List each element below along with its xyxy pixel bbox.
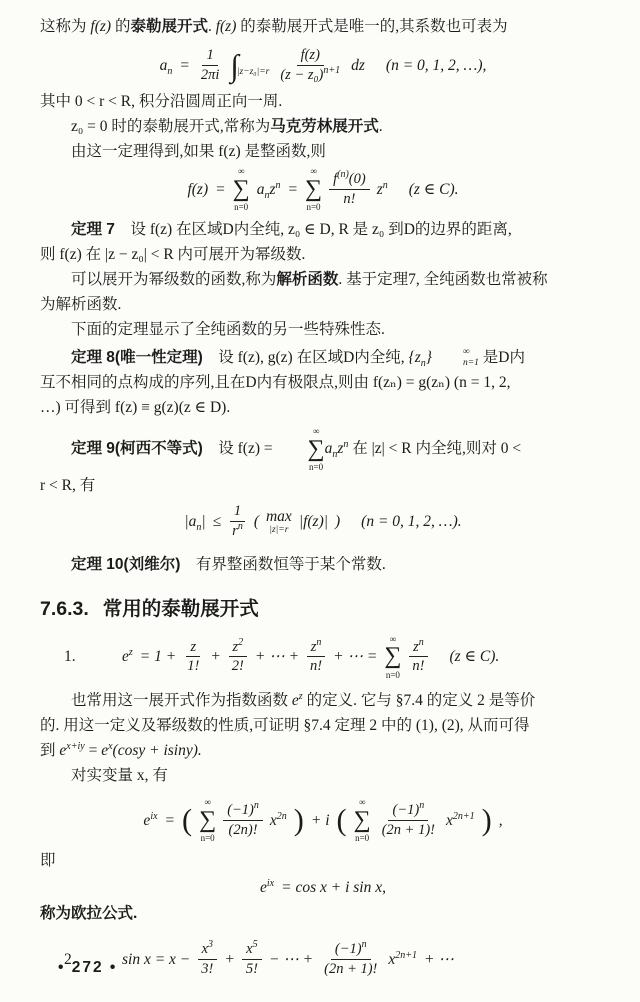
math-sup: n bbox=[238, 521, 243, 532]
fraction-cos-term: (−1)n(2n)! bbox=[223, 801, 263, 840]
fraction-x5: x55! bbox=[242, 940, 262, 979]
para-exp-definition-line1: 也常用这一展开式作为指数函数 ez 的定义. 它与 §7.4 的定义 2 是等价 bbox=[40, 688, 606, 713]
math-sup: ix bbox=[267, 878, 274, 889]
math-sup: n bbox=[383, 180, 388, 191]
math-head-sinx: sin x = x − bbox=[122, 947, 190, 972]
fraction-derivative: f(n)(0)n! bbox=[329, 170, 370, 209]
theorem-9-line1: 定理 9(柯西不等式) 设 f(z) = ∞∑n=0anzn 在 |z| < R… bbox=[40, 426, 606, 473]
bold-term-maclaurin: 马克劳林展开式 bbox=[270, 118, 379, 135]
plus-ellipsis: + ⋯ bbox=[424, 947, 454, 972]
numerator: x3 bbox=[198, 940, 217, 960]
sigma-glyph: ∑ bbox=[354, 808, 371, 833]
sigma-upper-limit: ∞ bbox=[282, 426, 319, 437]
denominator: 3! bbox=[197, 960, 217, 979]
numerator: f(z) bbox=[297, 46, 324, 66]
math-term-anzn: anzn bbox=[257, 177, 281, 202]
para-that-is: 即 bbox=[40, 848, 606, 873]
section-number: 7.6.3. bbox=[40, 598, 89, 620]
math-fz: f(z) bbox=[187, 177, 208, 202]
equation-maclaurin-series: f(z) = ∞∑n=0 anzn = ∞∑n=0 f(n)(0)n! zn (… bbox=[40, 166, 606, 213]
math-sup: n bbox=[362, 939, 367, 950]
sigma-sum: ∞∑n=0 bbox=[354, 797, 371, 844]
ellipsis: − ⋯ + bbox=[269, 947, 313, 972]
fraction-general-term: (−1)n(2n + 1)! bbox=[320, 940, 381, 979]
fraction-zn: znn! bbox=[408, 638, 428, 677]
math-sup: 2n bbox=[277, 811, 287, 822]
text-run: . bbox=[208, 18, 216, 35]
numerator: 1 bbox=[202, 46, 217, 66]
sigma-lower-limit: n=0 bbox=[386, 670, 400, 681]
sigma-lower-limit: n=0 bbox=[355, 833, 369, 844]
math-base: |a bbox=[184, 513, 196, 530]
para-taylor-unique: 这称为 f(z) 的泰勒展开式. f(z) 的泰勒展开式是唯一的,其系数也可表为 bbox=[40, 14, 606, 39]
equation-condition: (n = 0, 1, 2, …). bbox=[361, 509, 461, 534]
denominator: (2n + 1)! bbox=[378, 821, 439, 840]
paren-open: ( bbox=[182, 805, 192, 835]
text-run: 设 f(z) 在区域D内全纯, z₀ ∈ D, R 是 z₀ 到D的边界的距离, bbox=[115, 221, 512, 238]
numerator: x5 bbox=[242, 940, 261, 960]
text-run: 设 f(z) = bbox=[203, 440, 277, 457]
equation-euler-formula: eix = cos x + i sin x, bbox=[40, 874, 606, 900]
text-run: z₀ = 0 时的泰勒展开式,常称为 bbox=[71, 118, 270, 135]
math-sup: 2n+1 bbox=[395, 950, 417, 961]
theorem-9-line2: r < R, 有 bbox=[40, 473, 606, 498]
paren-open: ( bbox=[337, 805, 347, 835]
fraction-sin-term: (−1)n(2n + 1)! bbox=[378, 801, 439, 840]
math-sup: 2n+1 bbox=[453, 811, 475, 822]
math-dz: dz bbox=[351, 53, 365, 78]
math-var: x bbox=[270, 812, 277, 829]
text-run: 的泰勒展开式是唯一的,其系数也可表为 bbox=[236, 18, 507, 35]
denominator: 2! bbox=[228, 657, 248, 676]
section-title: 常用的泰勒展开式 bbox=[103, 598, 259, 620]
max-label: max bbox=[266, 508, 292, 525]
leq-sign: ≤ bbox=[213, 509, 222, 534]
math-base: (−1) bbox=[227, 802, 254, 818]
sigma-lower-limit: n=0 bbox=[234, 202, 248, 213]
text-run: 可以展开为幂级数的函数,称为 bbox=[71, 271, 276, 288]
sequence-lower: n=1 bbox=[432, 358, 479, 369]
equation-body: sin x = x − x33! + x55! − ⋯ + (−1)n(2n +… bbox=[122, 940, 606, 979]
sigma-glyph: ∑ bbox=[199, 808, 216, 833]
text-run: 这称为 bbox=[40, 18, 90, 35]
text-run: . bbox=[379, 118, 383, 135]
para-radius-note: 其中 0 < r < R, 积分沿圆周正向一周. bbox=[40, 89, 606, 114]
math-base: (−1) bbox=[335, 941, 362, 957]
math-term-x2n1: x2n+1 bbox=[388, 947, 417, 972]
math-sup: ix bbox=[150, 811, 157, 822]
text-run: 称为 bbox=[40, 905, 71, 922]
para-exp-definition-line3: 到 ex+iy = ex(cosy + isiny). bbox=[40, 738, 606, 763]
math-base: | bbox=[201, 513, 205, 530]
math-term-ez: ez bbox=[122, 644, 133, 669]
equation-cauchy-inequality: |an| ≤ 1rn ( max|z|=r |f(z)| ) (n = 0, 1… bbox=[40, 502, 606, 542]
math-rhs: = cos x + i sin x, bbox=[281, 875, 386, 900]
section-heading: 7.6.3.常用的泰勒展开式 bbox=[40, 597, 606, 622]
sequence-upper: ∞ bbox=[432, 347, 470, 358]
text-run: 也常用这一展开式作为指数函数 bbox=[71, 692, 292, 709]
paren-open: ( bbox=[254, 509, 259, 534]
ellipsis-equals: + ⋯ = bbox=[333, 644, 377, 669]
math-arg: |f(z)| bbox=[299, 509, 328, 534]
paren-close: ) bbox=[294, 805, 304, 835]
plus-sign: + bbox=[210, 644, 220, 669]
equation-number: 1. bbox=[40, 644, 122, 669]
para-maclaurin: z₀ = 0 时的泰勒展开式,常称为马克劳林展开式. bbox=[40, 114, 606, 139]
math-fz: f(z) bbox=[90, 18, 111, 35]
numerator: z2 bbox=[229, 638, 248, 658]
denominator: n! bbox=[408, 657, 428, 676]
math-term-ez: ez bbox=[292, 692, 303, 709]
math-sup: n bbox=[419, 637, 424, 648]
text-run: . 基于定理7, 全纯函数也常被称 bbox=[338, 271, 547, 288]
comma: , bbox=[499, 808, 503, 833]
equation-condition: (z ∈ C). bbox=[450, 644, 500, 669]
math-sequence: {zn} bbox=[409, 349, 432, 366]
math-sup: z bbox=[129, 647, 133, 658]
math-sup: 2 bbox=[238, 637, 243, 648]
math-term-abs-an: |an| bbox=[184, 509, 205, 534]
sigma-sum: ∞∑n=0 bbox=[199, 797, 216, 844]
max-operator: max|z|=r bbox=[266, 508, 292, 535]
theorem-label: 定理 10(刘维尔) bbox=[71, 556, 180, 573]
math-term-x2n1: x2n+1 bbox=[446, 808, 475, 833]
math-sup: 5 bbox=[253, 939, 258, 950]
math-term-x2n: x2n bbox=[270, 808, 287, 833]
bold-term-analytic: 解析函数 bbox=[276, 271, 338, 288]
fraction-x3: x33! bbox=[197, 940, 217, 979]
integral: ∫|z−z₀|=r bbox=[230, 50, 269, 81]
text-run: 设 f(z), g(z) 在区域D内全纯, bbox=[203, 349, 409, 366]
denominator: 5! bbox=[242, 960, 262, 979]
equals-one-plus: = 1 + bbox=[140, 644, 176, 669]
numerator: f(n)(0) bbox=[329, 170, 370, 190]
math-sup: n bbox=[254, 800, 259, 811]
paren-close: ) bbox=[335, 509, 340, 534]
math-sup: n bbox=[276, 180, 281, 191]
theorem-7-line2: 则 f(z) 在 |z − z₀| < R 内可展开为幂级数. bbox=[40, 242, 606, 267]
math-fz: f(z) bbox=[216, 18, 237, 35]
fraction-zn: znn! bbox=[306, 638, 326, 677]
theorem-label: 定理 8(唯一性定理) bbox=[71, 349, 203, 366]
sigma-sum: ∞∑n=0 bbox=[305, 166, 322, 213]
math-var: e bbox=[260, 879, 267, 896]
denominator: (z − z₀)n+1 bbox=[276, 66, 344, 85]
text-run: 是D内 bbox=[479, 349, 525, 366]
math-sup: n bbox=[419, 800, 424, 811]
math-term-zn: zn bbox=[377, 177, 388, 202]
equation-exp-series: 1. ez = 1 + z1! + z22! + ⋯ + znn! + ⋯ = … bbox=[40, 634, 606, 681]
fraction-rn: 1rn bbox=[228, 502, 247, 541]
equation-condition: (n = 0, 1, 2, …), bbox=[386, 53, 486, 78]
math-var: e bbox=[122, 648, 129, 665]
math-var: x bbox=[446, 812, 453, 829]
math-term-eix: eix bbox=[143, 808, 157, 833]
sequence-limits: ∞n=1 bbox=[432, 347, 479, 369]
page-number: • 272 • bbox=[58, 955, 117, 980]
denominator: (2n + 1)! bbox=[320, 960, 381, 979]
denominator: 1! bbox=[183, 657, 203, 676]
denominator: n! bbox=[339, 190, 359, 209]
para-real-variable: 对实变量 x, 有 bbox=[40, 763, 606, 788]
math-sub: n bbox=[167, 66, 172, 77]
text-run: 的 bbox=[111, 18, 130, 35]
math-sup: x+iy bbox=[66, 741, 84, 752]
equation-taylor-coefficient: an = 12πi ∫|z−z₀|=r f(z)(z − z₀)n+1 dz (… bbox=[40, 43, 606, 87]
integral-limit: |z−z₀|=r bbox=[237, 60, 269, 85]
equals-sign: = bbox=[165, 808, 175, 833]
denominator: (2n)! bbox=[225, 821, 262, 840]
numerator: zn bbox=[307, 638, 326, 658]
fraction-z1: z1! bbox=[183, 638, 203, 677]
sigma-lower-limit: n=0 bbox=[278, 462, 323, 473]
numerator: z bbox=[186, 638, 200, 658]
math-term-an: an bbox=[160, 53, 173, 78]
sigma-glyph: ∑ bbox=[384, 644, 401, 669]
sigma-glyph: ∑ bbox=[305, 177, 322, 202]
math-sup: 3 bbox=[208, 939, 213, 950]
sigma-glyph: ∑ bbox=[233, 177, 250, 202]
numerator: (−1)n bbox=[388, 801, 428, 821]
theorem-8-line2: 互不相同的点构成的序列,且在D内有极限点,则由 f(zₙ) = g(zₙ) (n… bbox=[40, 370, 606, 395]
sigma-sum: ∞∑n=0 bbox=[277, 426, 325, 473]
sigma-lower-limit: n=0 bbox=[306, 202, 320, 213]
text-run: 在 |z| < R 内全纯,则对 0 < bbox=[348, 440, 521, 457]
text-run: 有界整函数恒等于某个常数. bbox=[180, 556, 385, 573]
text-run: . bbox=[133, 905, 137, 922]
theorem-7-line1: 定理 7 设 f(z) 在区域D内全纯, z₀ ∈ D, R 是 z₀ 到D的边… bbox=[40, 217, 606, 242]
plus-i: + i bbox=[311, 808, 330, 833]
para-special-properties: 下面的定理显示了全纯函数的另一些特殊性态. bbox=[40, 317, 606, 342]
math-arg: (0) bbox=[349, 171, 366, 187]
equals-sign: = bbox=[288, 177, 298, 202]
fraction-2pii: 12πi bbox=[197, 46, 224, 85]
math-term-eix: eix bbox=[260, 875, 274, 900]
theorem-8-line1: 定理 8(唯一性定理) 设 f(z), g(z) 在区域D内全纯, {zn}∞n… bbox=[40, 345, 606, 370]
fraction-integrand: f(z)(z − z₀)n+1 bbox=[276, 46, 344, 85]
equation-sin-series: 2. sin x = x − x33! + x55! − ⋯ + (−1)n(2… bbox=[40, 936, 606, 982]
para-entire-function: 由这一定理得到,如果 f(z) 是整函数,则 bbox=[40, 139, 606, 164]
text-run: 的定义. 它与 §7.4 的定义 2 是等价 bbox=[303, 692, 536, 709]
denominator: n! bbox=[306, 657, 326, 676]
theorem-8-line3: …) 可得到 f(z) ≡ g(z)(z ∈ D). bbox=[40, 395, 606, 420]
numerator: (−1)n bbox=[223, 801, 263, 821]
denominator: rn bbox=[228, 522, 247, 541]
sigma-lower-limit: n=0 bbox=[201, 833, 215, 844]
theorem-label: 定理 9(柯西不等式) bbox=[71, 440, 203, 457]
para-analytic-line2: 为解析函数. bbox=[40, 292, 606, 317]
math-arg: (cosy + isiny). bbox=[113, 742, 202, 759]
math-sup: n bbox=[316, 637, 321, 648]
bold-term-taylor: 泰勒展开式 bbox=[130, 18, 208, 35]
math-var: e bbox=[292, 692, 299, 709]
textbook-page: 这称为 f(z) 的泰勒展开式. f(z) 的泰勒展开式是唯一的,其系数也可表为… bbox=[0, 0, 640, 1002]
denominator: 2πi bbox=[197, 66, 224, 85]
ellipsis: + ⋯ + bbox=[255, 644, 299, 669]
equation-body: ez = 1 + z1! + z22! + ⋯ + znn! + ⋯ = ∞∑n… bbox=[122, 634, 606, 681]
equals-sign: = bbox=[179, 53, 189, 78]
para-analytic-line1: 可以展开为幂级数的函数,称为解析函数. 基于定理7, 全纯函数也常被称 bbox=[40, 267, 606, 292]
numerator: 1 bbox=[230, 502, 245, 522]
sigma-sum: ∞∑n=0 bbox=[384, 634, 401, 681]
equals-sign: = bbox=[215, 177, 225, 202]
math-term-anzn: anzn bbox=[325, 440, 349, 457]
bold-term-euler: 欧拉公式 bbox=[71, 905, 133, 922]
equation-condition: (z ∈ C). bbox=[409, 177, 459, 202]
sigma-sum: ∞∑n=0 bbox=[233, 166, 250, 213]
para-exp-definition-line2: 的. 用这一定义及幂级数的性质,可证明 §7.4 定理 2 中的 (1), (2… bbox=[40, 713, 606, 738]
math-base: (z − z₀) bbox=[280, 67, 323, 83]
sigma-glyph: ∑ bbox=[277, 437, 325, 462]
math-term-ex: ex bbox=[101, 742, 112, 759]
numerator: zn bbox=[409, 638, 428, 658]
paren-close: ) bbox=[482, 805, 492, 835]
text-run: = bbox=[85, 742, 102, 759]
theorem-10: 定理 10(刘维尔) 有界整函数恒等于某个常数. bbox=[40, 552, 606, 577]
theorem-label: 定理 7 bbox=[71, 221, 115, 238]
math-base: {z bbox=[409, 349, 421, 366]
max-limit: |z|=r bbox=[269, 525, 288, 535]
math-term-exiy: ex+iy bbox=[59, 742, 84, 759]
math-sup: n+1 bbox=[323, 65, 340, 76]
plus-sign: + bbox=[224, 947, 234, 972]
fraction-z2: z22! bbox=[228, 638, 248, 677]
math-sup: (n) bbox=[337, 169, 349, 180]
equation-eix-expansion: eix = ( ∞∑n=0 (−1)n(2n)! x2n ) + i ( ∞∑n… bbox=[40, 794, 606, 846]
para-euler-name: 称为欧拉公式. bbox=[40, 901, 606, 926]
text-run: 到 bbox=[40, 742, 59, 759]
math-base: (−1) bbox=[392, 802, 419, 818]
numerator: (−1)n bbox=[331, 940, 371, 960]
